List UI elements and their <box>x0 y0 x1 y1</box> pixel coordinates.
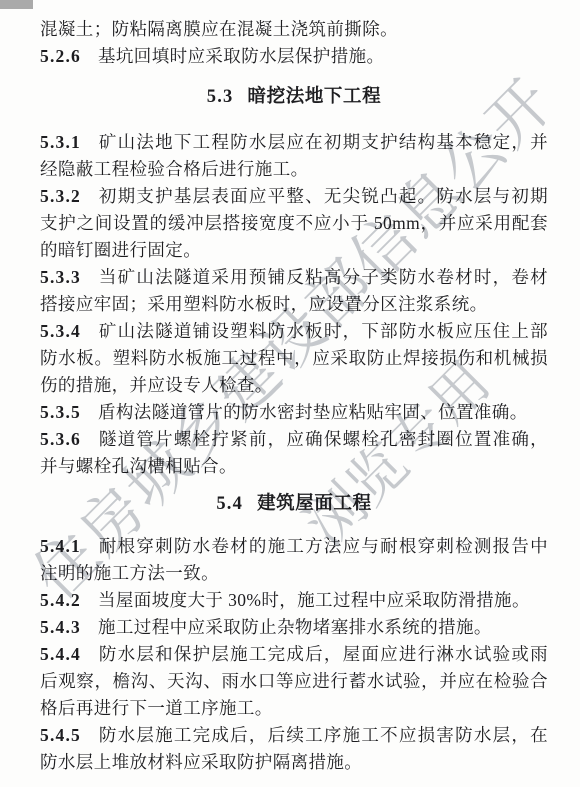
text-line: 防水板。塑料防水板施工过程中，应采取防止焊接损伤和机械损 <box>40 345 548 372</box>
line-text: 后观察，檐沟、天沟、雨水口等应进行蓄水试验，并应在检验合 <box>40 671 548 691</box>
clause-number: 5.4.4 <box>40 644 81 664</box>
clause-number: 5.3.2 <box>40 186 81 206</box>
text-line: 经隐蔽工程检验合格后进行施工。 <box>40 156 548 183</box>
clause-number: 5.4.5 <box>40 725 81 745</box>
document-page: 混凝土；防粘隔离膜应在混凝土浇筑前撕除。 5.2.6基坑回填时应采取防水层保护措… <box>0 0 580 787</box>
text-line: 防水层上堆放材料应采取防护隔离措施。 <box>40 749 548 776</box>
clause-text: 施工过程中应采取防止杂物堵塞排水系统的措施。 <box>98 617 492 637</box>
document-body: 混凝土；防粘隔离膜应在混凝土浇筑前撕除。 5.2.6基坑回填时应采取防水层保护措… <box>40 16 548 776</box>
clause-number: 5.3.5 <box>40 402 81 422</box>
line-text: 格后再进行下一道工序施工。 <box>40 698 273 718</box>
clause-line: 5.3.1矿山法地下工程防水层应在初期支护结构基本稳定，并 <box>40 129 548 156</box>
line-text: 支护之间设置的缓冲层搭接宽度不应小于 50mm，并应采用配套 <box>40 213 548 233</box>
clause-number: 5.3.1 <box>40 132 81 152</box>
text-line: 伤的措施，并应设专人检查。 <box>40 372 548 399</box>
section-heading: 5.3暗挖法地下工程 <box>40 84 548 111</box>
heading-number: 5.3 <box>207 87 234 107</box>
text-line: 的暗钉圈进行固定。 <box>40 237 548 264</box>
line-text: 搭接应牢固；采用塑料防水板时，应设置分区注浆系统。 <box>40 294 488 314</box>
heading-title: 建筑屋面工程 <box>257 494 372 514</box>
line-text: 混凝土；防粘隔离膜应在混凝土浇筑前撕除。 <box>40 19 398 39</box>
text-line: 后观察，檐沟、天沟、雨水口等应进行蓄水试验，并应在检验合 <box>40 668 548 695</box>
line-text: 的暗钉圈进行固定。 <box>40 240 201 260</box>
clause-text: 耐根穿刺防水卷材的施工方法应与耐根穿刺检测报告中 <box>98 536 548 556</box>
text-line: 支护之间设置的缓冲层搭接宽度不应小于 50mm，并应采用配套 <box>40 210 548 237</box>
clause-text: 当矿山法隧道采用预铺反粘高分子类防水卷材时，卷材 <box>98 267 548 287</box>
heading-number: 5.4 <box>216 494 243 514</box>
line-text: 并与螺栓孔沟槽相贴合。 <box>40 456 237 476</box>
line-text: 伤的措施，并应设专人检查。 <box>40 375 273 395</box>
line-text: 防水板。塑料防水板施工过程中，应采取防止焊接损伤和机械损 <box>40 348 548 368</box>
clause-text: 当屋面坡度大于 30%时，施工过程中应采取防滑措施。 <box>98 590 530 610</box>
text-line: 搭接应牢固；采用塑料防水板时，应设置分区注浆系统。 <box>40 291 548 318</box>
clause-text: 防水层和保护层施工完成后，屋面应进行淋水试验或雨 <box>98 644 548 664</box>
clause-number: 5.3.4 <box>40 321 81 341</box>
clause-text: 隧道管片螺栓拧紧前，应确保螺栓孔密封圈位置准确， <box>98 429 548 449</box>
line-text: 经隐蔽工程检验合格后进行施工。 <box>40 159 309 179</box>
clause-line: 5.4.3施工过程中应采取防止杂物堵塞排水系统的措施。 <box>40 614 548 641</box>
clause-number: 5.4.2 <box>40 590 81 610</box>
clause-number: 5.3.3 <box>40 267 81 287</box>
line-text: 注明的施工方法一致。 <box>40 563 219 583</box>
clause-text: 基坑回填时应采取防水层保护措施。 <box>98 46 384 66</box>
clause-number: 5.4.3 <box>40 617 81 637</box>
clause-line: 5.2.6基坑回填时应采取防水层保护措施。 <box>40 43 548 70</box>
clause-number: 5.2.6 <box>40 46 81 66</box>
text-line: 并与螺栓孔沟槽相贴合。 <box>40 453 548 480</box>
heading-title: 暗挖法地下工程 <box>248 87 382 107</box>
clause-line: 5.3.6隧道管片螺栓拧紧前，应确保螺栓孔密封圈位置准确， <box>40 426 548 453</box>
clause-line: 5.3.5盾构法隧道管片的防水密封垫应粘贴牢固、位置准确。 <box>40 399 548 426</box>
clause-line: 5.4.5防水层施工完成后，后续工序施工不应损害防水层，在 <box>40 722 548 749</box>
text-line: 格后再进行下一道工序施工。 <box>40 695 548 722</box>
clause-line: 5.4.1耐根穿刺防水卷材的施工方法应与耐根穿刺检测报告中 <box>40 533 548 560</box>
clause-text: 矿山法隧道铺设塑料防水板时，下部防水板应压住上部 <box>98 321 548 341</box>
text-line: 注明的施工方法一致。 <box>40 560 548 587</box>
line-text: 防水层上堆放材料应采取防护隔离措施。 <box>40 752 362 772</box>
clause-line: 5.4.4防水层和保护层施工完成后，屋面应进行淋水试验或雨 <box>40 641 548 668</box>
clause-text: 矿山法地下工程防水层应在初期支护结构基本稳定，并 <box>98 132 548 152</box>
clause-line: 5.3.2初期支护基层表面应平整、无尖锐凸起。防水层与初期 <box>40 183 548 210</box>
clause-number: 5.3.6 <box>40 429 81 449</box>
clause-text: 初期支护基层表面应平整、无尖锐凸起。防水层与初期 <box>98 186 548 206</box>
clause-line: 5.3.4矿山法隧道铺设塑料防水板时，下部防水板应压住上部 <box>40 318 548 345</box>
clause-line: 5.4.2当屋面坡度大于 30%时，施工过程中应采取防滑措施。 <box>40 587 548 614</box>
clause-text: 防水层施工完成后，后续工序施工不应损害防水层，在 <box>98 725 548 745</box>
scan-edge-artifact <box>0 0 33 9</box>
section-heading: 5.4建筑屋面工程 <box>40 491 548 518</box>
clause-line: 5.3.3当矿山法隧道采用预铺反粘高分子类防水卷材时，卷材 <box>40 264 548 291</box>
clause-number: 5.4.1 <box>40 536 81 556</box>
clause-text: 盾构法隧道管片的防水密封垫应粘贴牢固、位置准确。 <box>98 402 528 422</box>
text-line: 混凝土；防粘隔离膜应在混凝土浇筑前撕除。 <box>40 16 548 43</box>
